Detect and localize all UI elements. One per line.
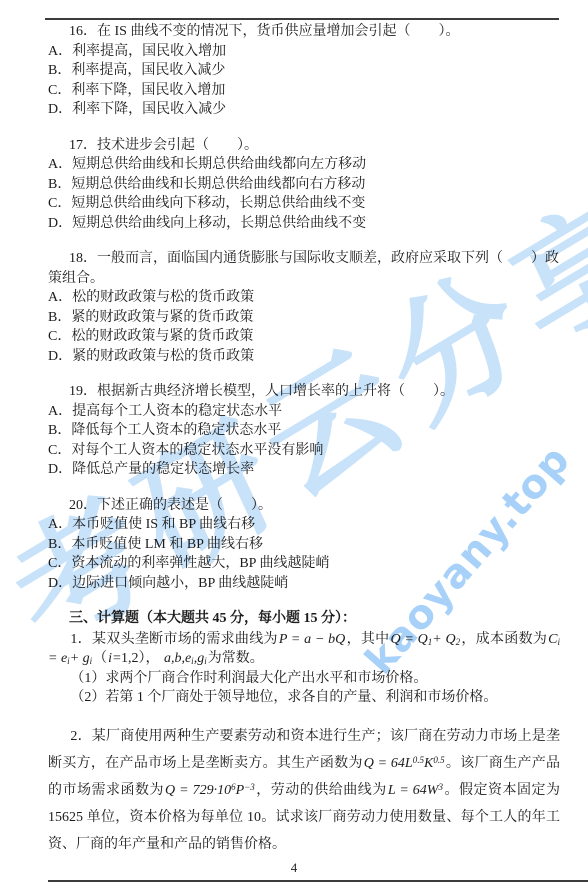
question-18-stem: 18．一般而言，面临国内通货膨胀与国际收支顺差，政府应采取下列（ ）政策组合。 (48, 249, 560, 288)
question-18: 18．一般而言，面临国内通货膨胀与国际收支顺差，政府应采取下列（ ）政策组合。 … (48, 249, 560, 366)
problem-1-body: 1．某双头垄断市场的需求曲线为P = a − bQ，其中Q = Q1+ Q2，成… (48, 630, 560, 669)
question-18-option-b: B．紧的财政政策与紧的货币政策 (48, 308, 560, 328)
question-20-option-b: B．本币贬值使 LM 和 BP 曲线右移 (48, 535, 560, 555)
problem-1-sub-2: （2）若第 1 个厂商处于领导地位，求各自的产量、利润和市场价格。 (48, 688, 560, 708)
question-16-option-c: C．利率下降，国民收入增加 (48, 81, 560, 101)
problem-1-sub-1: （1）求两个厂商合作时利润最大化产出水平和市场价格。 (48, 669, 560, 689)
question-19-stem: 19．根据新古典经济增长模型，人口增长率的上升将（ ）。 (48, 382, 560, 402)
question-16-stem: 16．在 IS 曲线不变的情况下，货币供应量增加会引起（ ）。 (48, 22, 560, 42)
question-17: 17．技术进步会引起（ ）。 A．短期总供给曲线和长期总供给曲线都向左方移动 B… (48, 136, 560, 234)
question-16-option-a: A．利率提高，国民收入增加 (48, 42, 560, 62)
question-19-option-c: C．对每个工人资本的稳定状态水平没有影响 (48, 441, 560, 461)
question-18-option-d: D．紧的财政政策与松的货币政策 (48, 347, 560, 367)
question-16-option-b: B．利率提高，国民收入减少 (48, 61, 560, 81)
question-19-option-d: D．降低总产量的稳定状态增长率 (48, 460, 560, 480)
footer-rule (48, 880, 588, 882)
question-20-option-d: D．边际进口倾向越小，BP 曲线越陡峭 (48, 574, 560, 594)
question-17-stem: 17．技术进步会引起（ ）。 (48, 136, 560, 156)
question-17-option-b: B．短期总供给曲线和长期总供给曲线都向右方移动 (48, 175, 560, 195)
question-19: 19．根据新古典经济增长模型，人口增长率的上升将（ ）。 A．提高每个工人资本的… (48, 382, 560, 480)
question-17-option-c: C．短期总供给曲线向下移动，长期总供给曲线不变 (48, 194, 560, 214)
question-16: 16．在 IS 曲线不变的情况下，货币供应量增加会引起（ ）。 A．利率提高，国… (48, 22, 560, 120)
question-18-option-a: A．松的财政政策与松的货币政策 (48, 288, 560, 308)
question-20-option-c: C．资本流动的利率弹性越大，BP 曲线越陡峭 (48, 554, 560, 574)
question-18-option-c: C．松的财政政策与紧的货币政策 (48, 327, 560, 347)
problem-2-body: 2．某厂商使用两种生产要素劳动和资本进行生产；该厂商在劳动力市场上是垄断买方，在… (48, 723, 560, 858)
header-rule (45, 18, 559, 20)
question-16-option-d: D．利率下降，国民收入减少 (48, 100, 560, 120)
page-number: 4 (0, 860, 588, 876)
question-20-option-a: A．本币贬值使 IS 和 BP 曲线右移 (48, 515, 560, 535)
question-20: 20．下述正确的表述是（ ）。 A．本币贬值使 IS 和 BP 曲线右移 B．本… (48, 496, 560, 594)
exam-page: 考研云分享 kaoyany.top 16．在 IS 曲线不变的情况下，货币供应量… (0, 0, 588, 886)
question-20-stem: 20．下述正确的表述是（ ）。 (48, 496, 560, 516)
question-19-option-a: A．提高每个工人资本的稳定状态水平 (48, 402, 560, 422)
question-17-option-d: D．短期总供给曲线向上移动，长期总供给曲线不变 (48, 214, 560, 234)
question-19-option-b: B．降低每个工人资本的稳定状态水平 (48, 421, 560, 441)
section-3-heading: 三、计算题（本大题共 45 分，每小题 15 分）： (48, 609, 560, 629)
question-17-option-a: A．短期总供给曲线和长期总供给曲线都向左方移动 (48, 155, 560, 175)
page-content: 16．在 IS 曲线不变的情况下，货币供应量增加会引起（ ）。 A．利率提高，国… (48, 22, 560, 858)
